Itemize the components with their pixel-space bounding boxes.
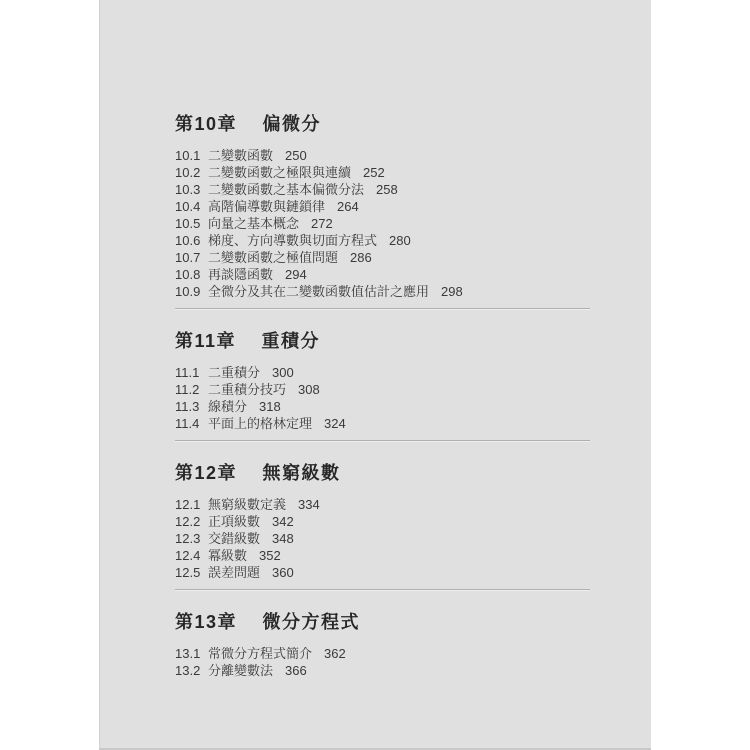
section-page-number: 324 (324, 415, 346, 432)
section-title: 常微分方程式簡介 (208, 645, 312, 662)
toc-entry: 11.2 二重積分技巧 308 (175, 381, 591, 398)
toc-entry: 12.1 無窮級數定義 334 (175, 496, 591, 513)
section-list: 12.1 無窮級數定義 334 12.2 正項級數 342 12.3 交錯級數 … (175, 496, 591, 581)
section-number: 10.5 (175, 215, 208, 232)
section-page-number: 258 (376, 181, 398, 198)
section-page-number: 348 (272, 530, 294, 547)
chapter-divider (175, 308, 590, 310)
toc-entry: 12.2 正項級數 342 (175, 513, 591, 530)
toc-entry: 13.1 常微分方程式簡介 362 (175, 645, 591, 662)
chapter-number: 第10章 (175, 114, 237, 134)
section-title: 平面上的格林定理 (208, 415, 312, 432)
section-page-number: 280 (389, 232, 411, 249)
book-page: 第10章 偏微分 10.1 二變數函數 250 10.2 二變數函數之極限與連續… (99, 0, 651, 750)
section-title: 二變數函數之基本偏微分法 (208, 181, 364, 198)
section-title: 梯度、方向導數與切面方程式 (208, 232, 377, 249)
section-page-number: 252 (363, 164, 385, 181)
section-page-number: 294 (285, 266, 307, 283)
section-title: 再談隱函數 (208, 266, 273, 283)
chapter-heading: 第10章 偏微分 (175, 114, 591, 134)
section-page-number: 286 (350, 249, 372, 266)
toc-entry: 10.7 二變數函數之極值問題 286 (175, 249, 591, 266)
section-list: 13.1 常微分方程式簡介 362 13.2 分離變數法 366 (175, 645, 591, 679)
section-number: 10.3 (175, 181, 208, 198)
section-number: 12.3 (175, 530, 208, 547)
section-page-number: 342 (272, 513, 294, 530)
section-number: 10.9 (175, 283, 208, 300)
chapter-block-12: 第12章 無窮級數 12.1 無窮級數定義 334 12.2 正項級數 342 (175, 463, 591, 591)
section-title: 全微分及其在二變數函數值估計之應用 (208, 283, 429, 300)
toc-entry: 12.4 冪級數 352 (175, 547, 591, 564)
section-page-number: 300 (272, 364, 294, 381)
section-number: 11.3 (175, 398, 208, 415)
section-title: 誤差問題 (208, 564, 260, 581)
chapter-number: 第11章 (175, 331, 236, 351)
chapter-divider (175, 589, 590, 591)
scanned-page-background: 第10章 偏微分 10.1 二變數函數 250 10.2 二變數函數之極限與連續… (0, 0, 750, 750)
section-page-number: 366 (285, 662, 307, 679)
section-number: 10.7 (175, 249, 208, 266)
section-page-number: 264 (337, 198, 359, 215)
toc-entry: 11.3 線積分 318 (175, 398, 591, 415)
section-title: 二重積分技巧 (208, 381, 286, 398)
section-title: 二重積分 (208, 364, 260, 381)
toc-entry: 10.5 向量之基本概念 272 (175, 215, 591, 232)
section-number: 10.6 (175, 232, 208, 249)
section-title: 交錯級數 (208, 530, 260, 547)
section-title: 二變數函數之極限與連續 (208, 164, 351, 181)
chapter-title: 微分方程式 (263, 612, 361, 632)
toc-entry: 12.3 交錯級數 348 (175, 530, 591, 547)
toc-entry: 10.3 二變數函數之基本偏微分法 258 (175, 181, 591, 198)
toc-entry: 10.4 高階偏導數與鏈鎖律 264 (175, 198, 591, 215)
section-number: 11.4 (175, 415, 208, 432)
section-title: 分離變數法 (208, 662, 273, 679)
section-number: 12.4 (175, 547, 208, 564)
section-number: 10.4 (175, 198, 208, 215)
chapter-block-11: 第11章 重積分 11.1 二重積分 300 11.2 二重積分技巧 308 (175, 331, 591, 442)
section-number: 12.1 (175, 496, 208, 513)
section-number: 10.8 (175, 266, 208, 283)
chapter-heading: 第11章 重積分 (175, 331, 591, 351)
section-number: 11.2 (175, 381, 208, 398)
section-number: 12.2 (175, 513, 208, 530)
chapter-number: 第12章 (175, 463, 237, 483)
toc-entry: 13.2 分離變數法 366 (175, 662, 591, 679)
toc-entry: 10.8 再談隱函數 294 (175, 266, 591, 283)
toc-entry: 10.2 二變數函數之極限與連續 252 (175, 164, 591, 181)
section-list: 11.1 二重積分 300 11.2 二重積分技巧 308 11.3 線積分 3… (175, 364, 591, 432)
toc-entry: 11.1 二重積分 300 (175, 364, 591, 381)
section-page-number: 360 (272, 564, 294, 581)
chapter-block-10: 第10章 偏微分 10.1 二變數函數 250 10.2 二變數函數之極限與連續… (175, 114, 591, 310)
chapter-title: 重積分 (262, 331, 321, 351)
section-title: 正項級數 (208, 513, 260, 530)
section-page-number: 272 (311, 215, 333, 232)
section-page-number: 298 (441, 283, 463, 300)
chapter-divider (175, 440, 590, 442)
section-title: 冪級數 (208, 547, 247, 564)
section-page-number: 334 (298, 496, 320, 513)
chapter-heading: 第12章 無窮級數 (175, 463, 591, 483)
section-title: 二變數函數 (208, 147, 273, 164)
toc-entry: 10.9 全微分及其在二變數函數值估計之應用 298 (175, 283, 591, 300)
section-list: 10.1 二變數函數 250 10.2 二變數函數之極限與連續 252 10.3… (175, 147, 591, 300)
toc-entry: 10.1 二變數函數 250 (175, 147, 591, 164)
section-number: 10.2 (175, 164, 208, 181)
section-number: 13.2 (175, 662, 208, 679)
section-title: 高階偏導數與鏈鎖律 (208, 198, 325, 215)
section-number: 13.1 (175, 645, 208, 662)
section-page-number: 362 (324, 645, 346, 662)
section-number: 12.5 (175, 564, 208, 581)
section-number: 11.1 (175, 364, 208, 381)
chapter-title: 偏微分 (263, 114, 322, 134)
chapter-title: 無窮級數 (263, 463, 341, 483)
table-of-contents: 第10章 偏微分 10.1 二變數函數 250 10.2 二變數函數之極限與連續… (175, 0, 591, 679)
chapter-heading: 第13章 微分方程式 (175, 612, 591, 632)
section-title: 向量之基本概念 (208, 215, 299, 232)
section-title: 線積分 (208, 398, 247, 415)
section-number: 10.1 (175, 147, 208, 164)
toc-entry: 10.6 梯度、方向導數與切面方程式 280 (175, 232, 591, 249)
section-title: 二變數函數之極值問題 (208, 249, 338, 266)
section-page-number: 250 (285, 147, 307, 164)
section-page-number: 318 (259, 398, 281, 415)
chapter-number: 第13章 (175, 612, 237, 632)
toc-entry: 11.4 平面上的格林定理 324 (175, 415, 591, 432)
section-title: 無窮級數定義 (208, 496, 286, 513)
section-page-number: 352 (259, 547, 281, 564)
section-page-number: 308 (298, 381, 320, 398)
toc-entry: 12.5 誤差問題 360 (175, 564, 591, 581)
chapter-block-13: 第13章 微分方程式 13.1 常微分方程式簡介 362 13.2 分離變數法 … (175, 612, 591, 679)
